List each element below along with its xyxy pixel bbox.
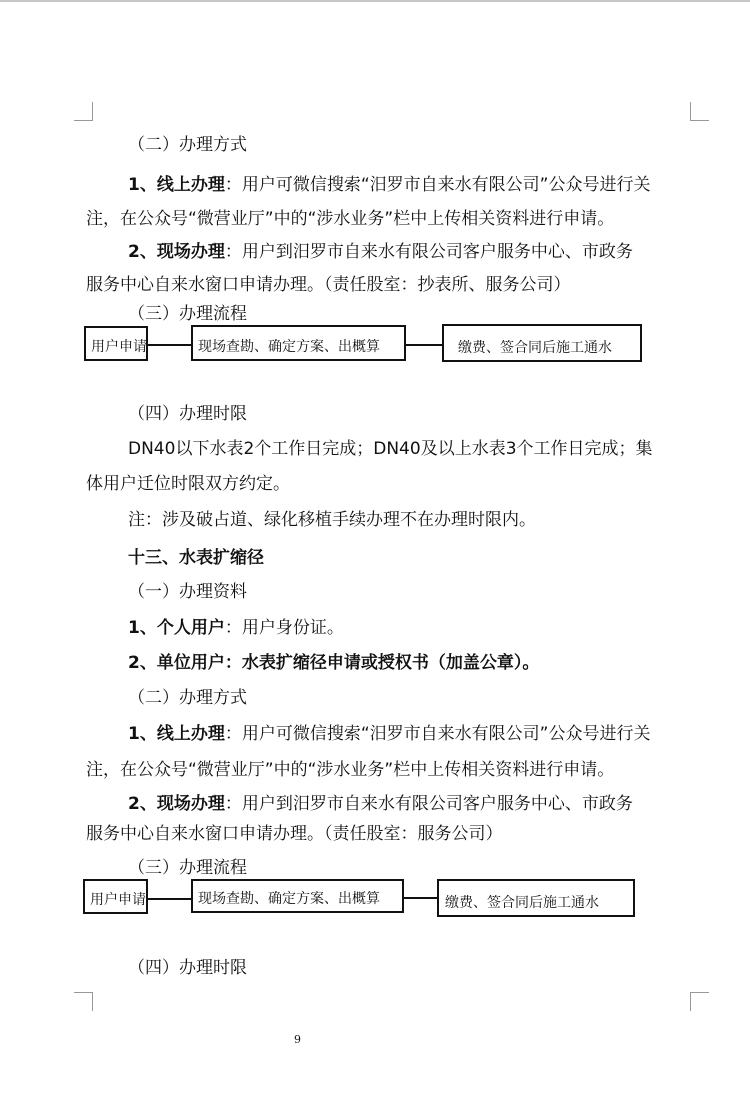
margin-corner-top-left (74, 102, 93, 121)
paragraph: DN40以下水表2个工作日完成；DN40及以上水表3个工作日完成；集 (128, 438, 653, 460)
margin-corner-top-right (690, 102, 709, 121)
flow-connector (148, 898, 191, 900)
page-number: 9 (294, 1033, 301, 1046)
flow-connector (404, 897, 437, 899)
paragraph-text: ：用户可微信搜索“汨罗市自来水有限公司”公众号进行关 (225, 724, 651, 744)
section-heading: （三）办理流程 (128, 303, 247, 325)
paragraph: 2、单位用户：水表扩缩径申请或授权书（加盖公章）。 (128, 652, 539, 674)
bold-label: 2、现场办理 (128, 242, 225, 262)
paragraph-text: ：用户到汨罗市自来水有限公司客户服务中心、市政务 (225, 242, 633, 262)
bold-label: 2、现场办理 (128, 794, 225, 814)
paragraph: 注，在公众号“微营业厅”中的“涉水业务”栏中上传相关资料进行申请。 (86, 208, 614, 230)
chapter-heading: 十三、水表扩缩径 (128, 547, 264, 569)
flow-connector (406, 344, 442, 346)
paragraph: 2、现场办理：用户到汨罗市自来水有限公司客户服务中心、市政务 (128, 241, 633, 263)
paragraph: 2、现场办理：用户到汨罗市自来水有限公司客户服务中心、市政务 (128, 793, 633, 815)
paragraph-text: ：用户可微信搜索“汨罗市自来水有限公司”公众号进行关 (225, 175, 651, 195)
margin-corner-bottom-right (690, 992, 709, 1011)
paragraph-text: ：用户到汨罗市自来水有限公司客户服务中心、市政务 (225, 794, 633, 814)
paragraph: 注，在公众号“微营业厅”中的“涉水业务”栏中上传相关资料进行申请。 (86, 759, 614, 781)
paragraph: 1、线上办理：用户可微信搜索“汨罗市自来水有限公司”公众号进行关 (128, 723, 650, 745)
margin-corner-bottom-left (74, 992, 93, 1011)
flow-connector (148, 344, 191, 346)
paragraph-text: ：用户身份证。 (225, 618, 344, 638)
paragraph-text: ：水表扩缩径申请或授权书（加盖公章）。 (225, 653, 540, 673)
flow-step-2: 现场查勘、确定方案、出概算 (191, 325, 406, 361)
bold-label: 1、个人用户 (128, 618, 225, 638)
paragraph: 体用户迁位时限双方约定。 (86, 473, 290, 495)
paragraph: 服务中心自来水窗口申请办理。（责任股室：抄表所、服务公司） (86, 274, 571, 296)
note: 注：涉及破占道、绿化移植手续办理不在办理时限内。 (128, 509, 536, 531)
flow-step-1: 用户申请 (83, 879, 148, 914)
top-border (0, 0, 750, 2)
flow-step-2: 现场查勘、确定方案、出概算 (191, 879, 404, 913)
section-heading: （一）办理资料 (128, 581, 247, 603)
flow-step-1: 用户申请 (84, 326, 148, 361)
flow-step-3: 缴费、签合同后施工通水 (442, 324, 642, 362)
bold-label: 1、线上办理 (128, 724, 225, 744)
section-heading: （二）办理方式 (128, 687, 247, 709)
section-heading: （二）办理方式 (128, 134, 247, 156)
paragraph: 1、线上办理：用户可微信搜索“汨罗市自来水有限公司”公众号进行关 (128, 174, 650, 196)
flow-step-3: 缴费、签合同后施工通水 (437, 879, 635, 917)
section-heading: （四）办理时限 (128, 403, 247, 425)
paragraph: 1、个人用户：用户身份证。 (128, 617, 344, 639)
section-heading: （四）办理时限 (128, 957, 247, 979)
paragraph: 服务中心自来水窗口申请办理。（责任股室：服务公司） (86, 823, 503, 845)
bold-label: 1、线上办理 (128, 175, 225, 195)
bold-label: 2、单位用户 (128, 653, 225, 673)
section-heading: （三）办理流程 (128, 857, 247, 879)
